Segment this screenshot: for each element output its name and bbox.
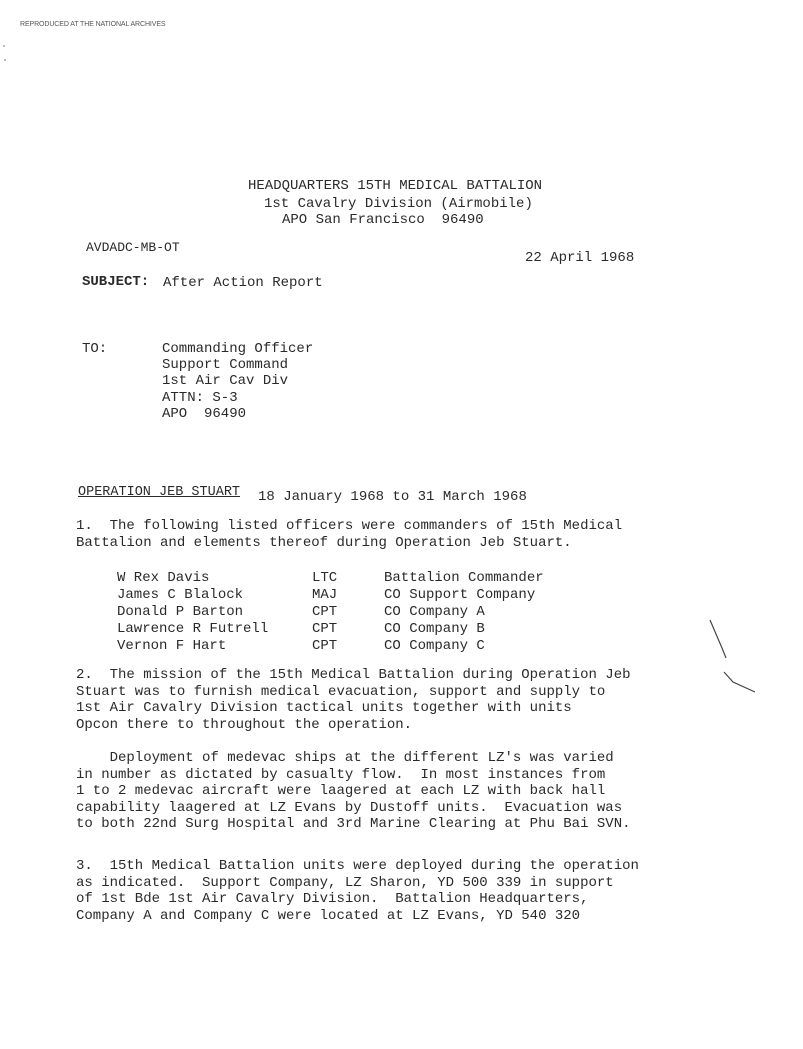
officer-position: Battalion Commander: [384, 570, 544, 587]
officer-name: Lawrence R Futrell: [117, 621, 312, 638]
officer-position: CO Company B: [384, 621, 485, 638]
margin-pen-mark: [700, 600, 770, 710]
officer-row: Vernon F HartCPTCO Company C: [117, 638, 544, 655]
officer-position: CO Support Company: [384, 587, 535, 604]
header-division: 1st Cavalry Division (Airmobile): [264, 196, 533, 212]
officer-rank: LTC: [312, 570, 384, 587]
officer-rank: CPT: [312, 621, 384, 638]
document-date: 22 April 1968: [525, 250, 634, 266]
paragraph-2: 2. The mission of the 15th Medical Batta…: [76, 667, 636, 733]
operation-title: OPERATION JEB STUART: [78, 485, 240, 501]
operation-dates: 18 January 1968 to 31 March 1968: [258, 489, 527, 505]
header-unit: HEADQUARTERS 15TH MEDICAL BATTALION: [248, 178, 542, 194]
officer-row: Lawrence R FutrellCPTCO Company B: [117, 621, 544, 638]
officer-row: James C BlalockMAJCO Support Company: [117, 587, 544, 604]
paragraph-1: 1. The following listed officers were co…: [76, 518, 636, 551]
officers-table: W Rex DavisLTCBattalion Commander James …: [117, 570, 544, 655]
to-label: TO:: [82, 341, 107, 357]
officer-name: James C Blalock: [117, 587, 312, 604]
paragraph-2-continued: Deployment of medevac ships at the diffe…: [76, 750, 636, 833]
header-address: APO San Francisco 96490: [282, 212, 484, 228]
officer-rank: MAJ: [312, 587, 384, 604]
officer-name: W Rex Davis: [117, 570, 312, 587]
officer-name: Donald P Barton: [117, 604, 312, 621]
officer-row: Donald P BartonCPTCO Company A: [117, 604, 544, 621]
officer-position: CO Company C: [384, 638, 485, 655]
office-symbol: AVDADC-MB-OT: [86, 240, 180, 256]
archive-stamp: REPRODUCED AT THE NATIONAL ARCHIVES: [20, 21, 165, 28]
officer-position: CO Company A: [384, 604, 485, 621]
to-address: Commanding Officer Support Command 1st A…: [162, 341, 313, 422]
scan-speck-mark: [0, 40, 10, 80]
officer-row: W Rex DavisLTCBattalion Commander: [117, 570, 544, 587]
subject-label: SUBJECT:: [82, 274, 149, 290]
officer-name: Vernon F Hart: [117, 638, 312, 655]
officer-rank: CPT: [312, 604, 384, 621]
subject-value: After Action Report: [163, 275, 323, 291]
paragraph-3: 3. 15th Medical Battalion units were dep…: [76, 858, 636, 924]
officer-rank: CPT: [312, 638, 384, 655]
